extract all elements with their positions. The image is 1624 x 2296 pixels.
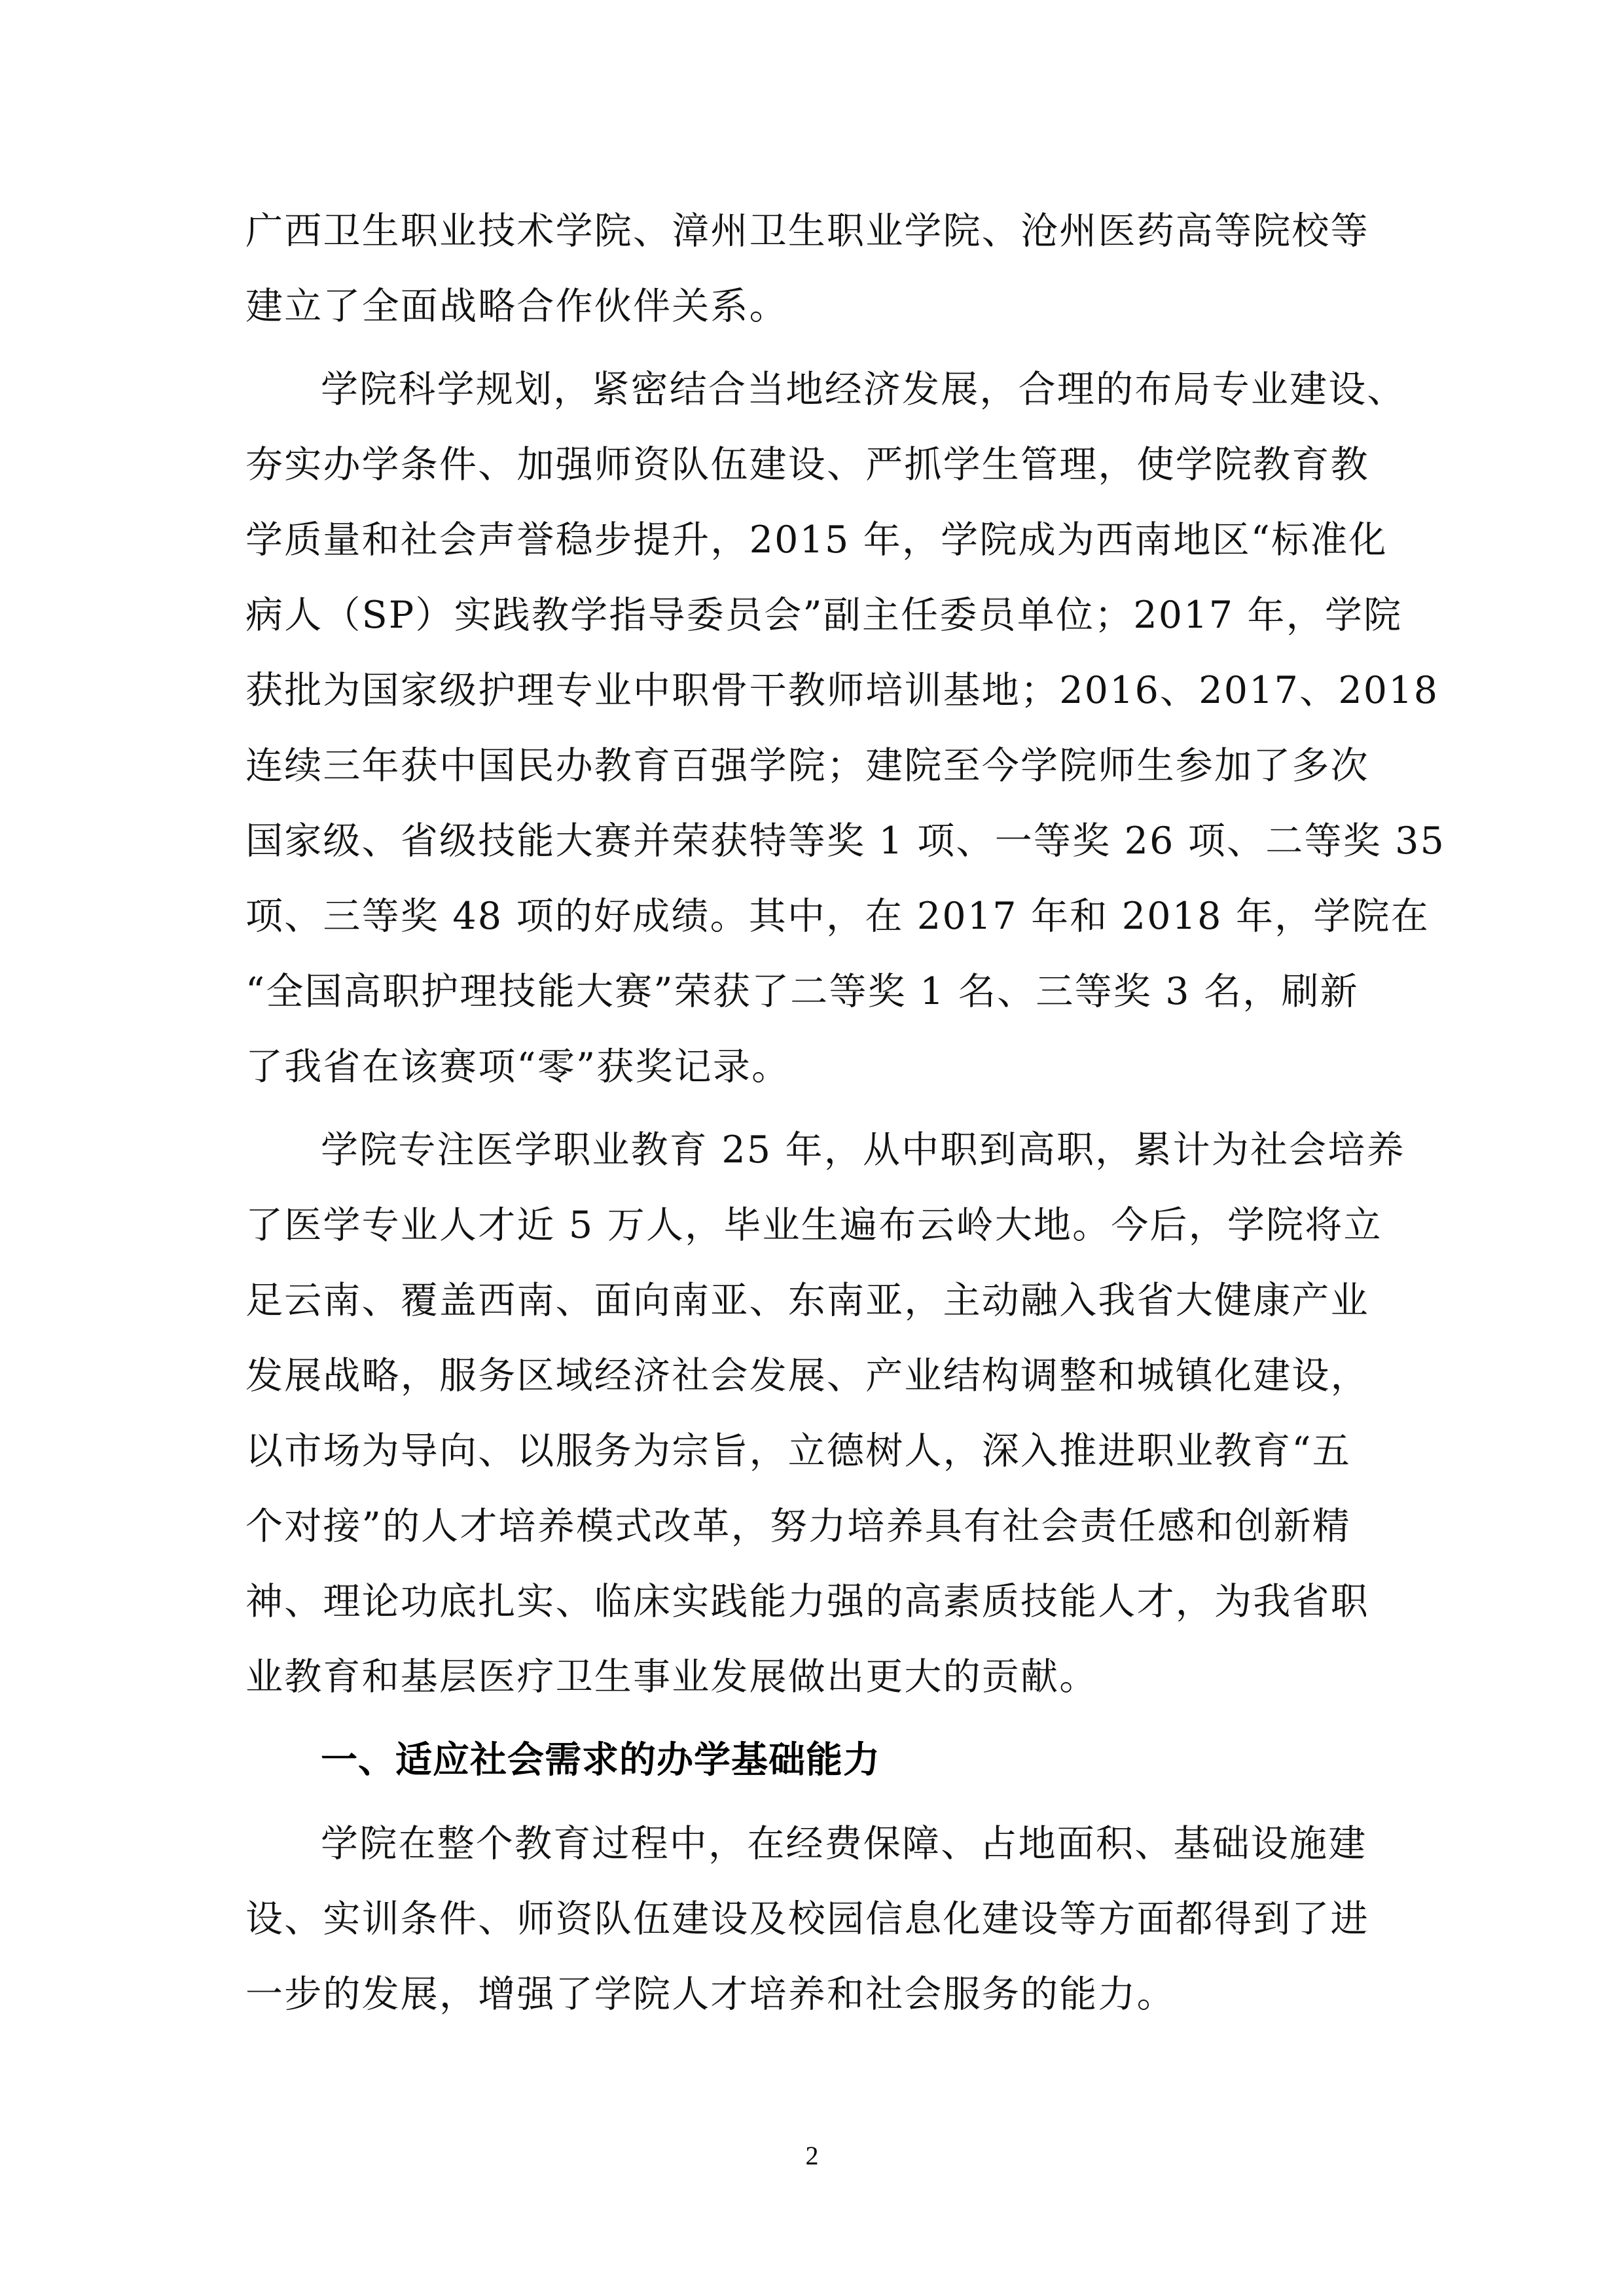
text-line: 一步的发展，增强了学院人才培养和社会服务的能力。 <box>245 1971 1388 2017</box>
text-line: 夯实办学条件、加强师资队伍建设、严抓学生管理，使学院教育教 <box>245 442 1388 488</box>
text-line: 学质量和社会声誉稳步提升，2015 年，学院成为西南地区“标准化 <box>245 517 1388 563</box>
text-line: 学院科学规划，紧密结合当地经济发展，合理的布局专业建设、 <box>321 367 1388 412</box>
text-line: 业教育和基层医疗卫生事业发展做出更大的贡献。 <box>245 1654 1388 1700</box>
page-number: 2 <box>0 2140 1624 2171</box>
text-line: 设、实训条件、师资队伍建设及校园信息化建设等方面都得到了进 <box>245 1896 1388 1942</box>
text-line: 病人（SP）实践教学指导委员会”副主任委员单位；2017 年，学院 <box>245 592 1388 638</box>
text-line: “全国高职护理技能大赛”荣获了二等奖 1 名、三等奖 3 名，刷新 <box>245 969 1388 1014</box>
text-line: 发展战略，服务区域经济社会发展、产业结构调整和城镇化建设， <box>245 1353 1388 1399</box>
text-line: 建立了全面战略合作伙伴关系。 <box>245 283 1388 329</box>
text-line: 了医学专业人才近 5 万人，毕业生遍布云岭大地。今后，学院将立 <box>245 1202 1388 1248</box>
document-page: 广西卫生职业技术学院、漳州卫生职业学院、沧州医药高等院校等 建立了全面战略合作伙… <box>0 0 1624 2296</box>
text-line: 学院在整个教育过程中，在经费保障、占地面积、基础设施建 <box>321 1821 1388 1867</box>
text-line: 学院专注医学职业教育 25 年，从中职到高职，累计为社会培养 <box>321 1127 1388 1173</box>
text-line: 足云南、覆盖西南、面向南亚、东南亚，主动融入我省大健康产业 <box>245 1278 1388 1323</box>
text-line: 项、三等奖 48 项的好成绩。其中，在 2017 年和 2018 年，学院在 <box>245 893 1388 939</box>
text-line: 获批为国家级护理专业中职骨干教师培训基地；2016、2017、2018 <box>245 668 1388 713</box>
text-line: 广西卫生职业技术学院、漳州卫生职业学院、沧州医药高等院校等 <box>245 208 1388 254</box>
section-heading: 一、适应社会需求的办学基础能力 <box>321 1738 880 1784</box>
text-line: 个对接”的人才培养模式改革，努力培养具有社会责任感和创新精 <box>245 1503 1388 1549</box>
text-line: 了我省在该赛项“零”获奖记录。 <box>245 1044 1388 1090</box>
text-line: 连续三年获中国民办教育百强学院；建院至今学院师生参加了多次 <box>245 743 1388 789</box>
text-line: 以市场为导向、以服务为宗旨，立德树人，深入推进职业教育“五 <box>245 1428 1388 1474</box>
text-line: 神、理论功底扎实、临床实践能力强的高素质技能人才，为我省职 <box>245 1579 1388 1624</box>
text-line: 国家级、省级技能大赛并荣获特等奖 1 项、一等奖 26 项、二等奖 35 <box>245 818 1388 864</box>
